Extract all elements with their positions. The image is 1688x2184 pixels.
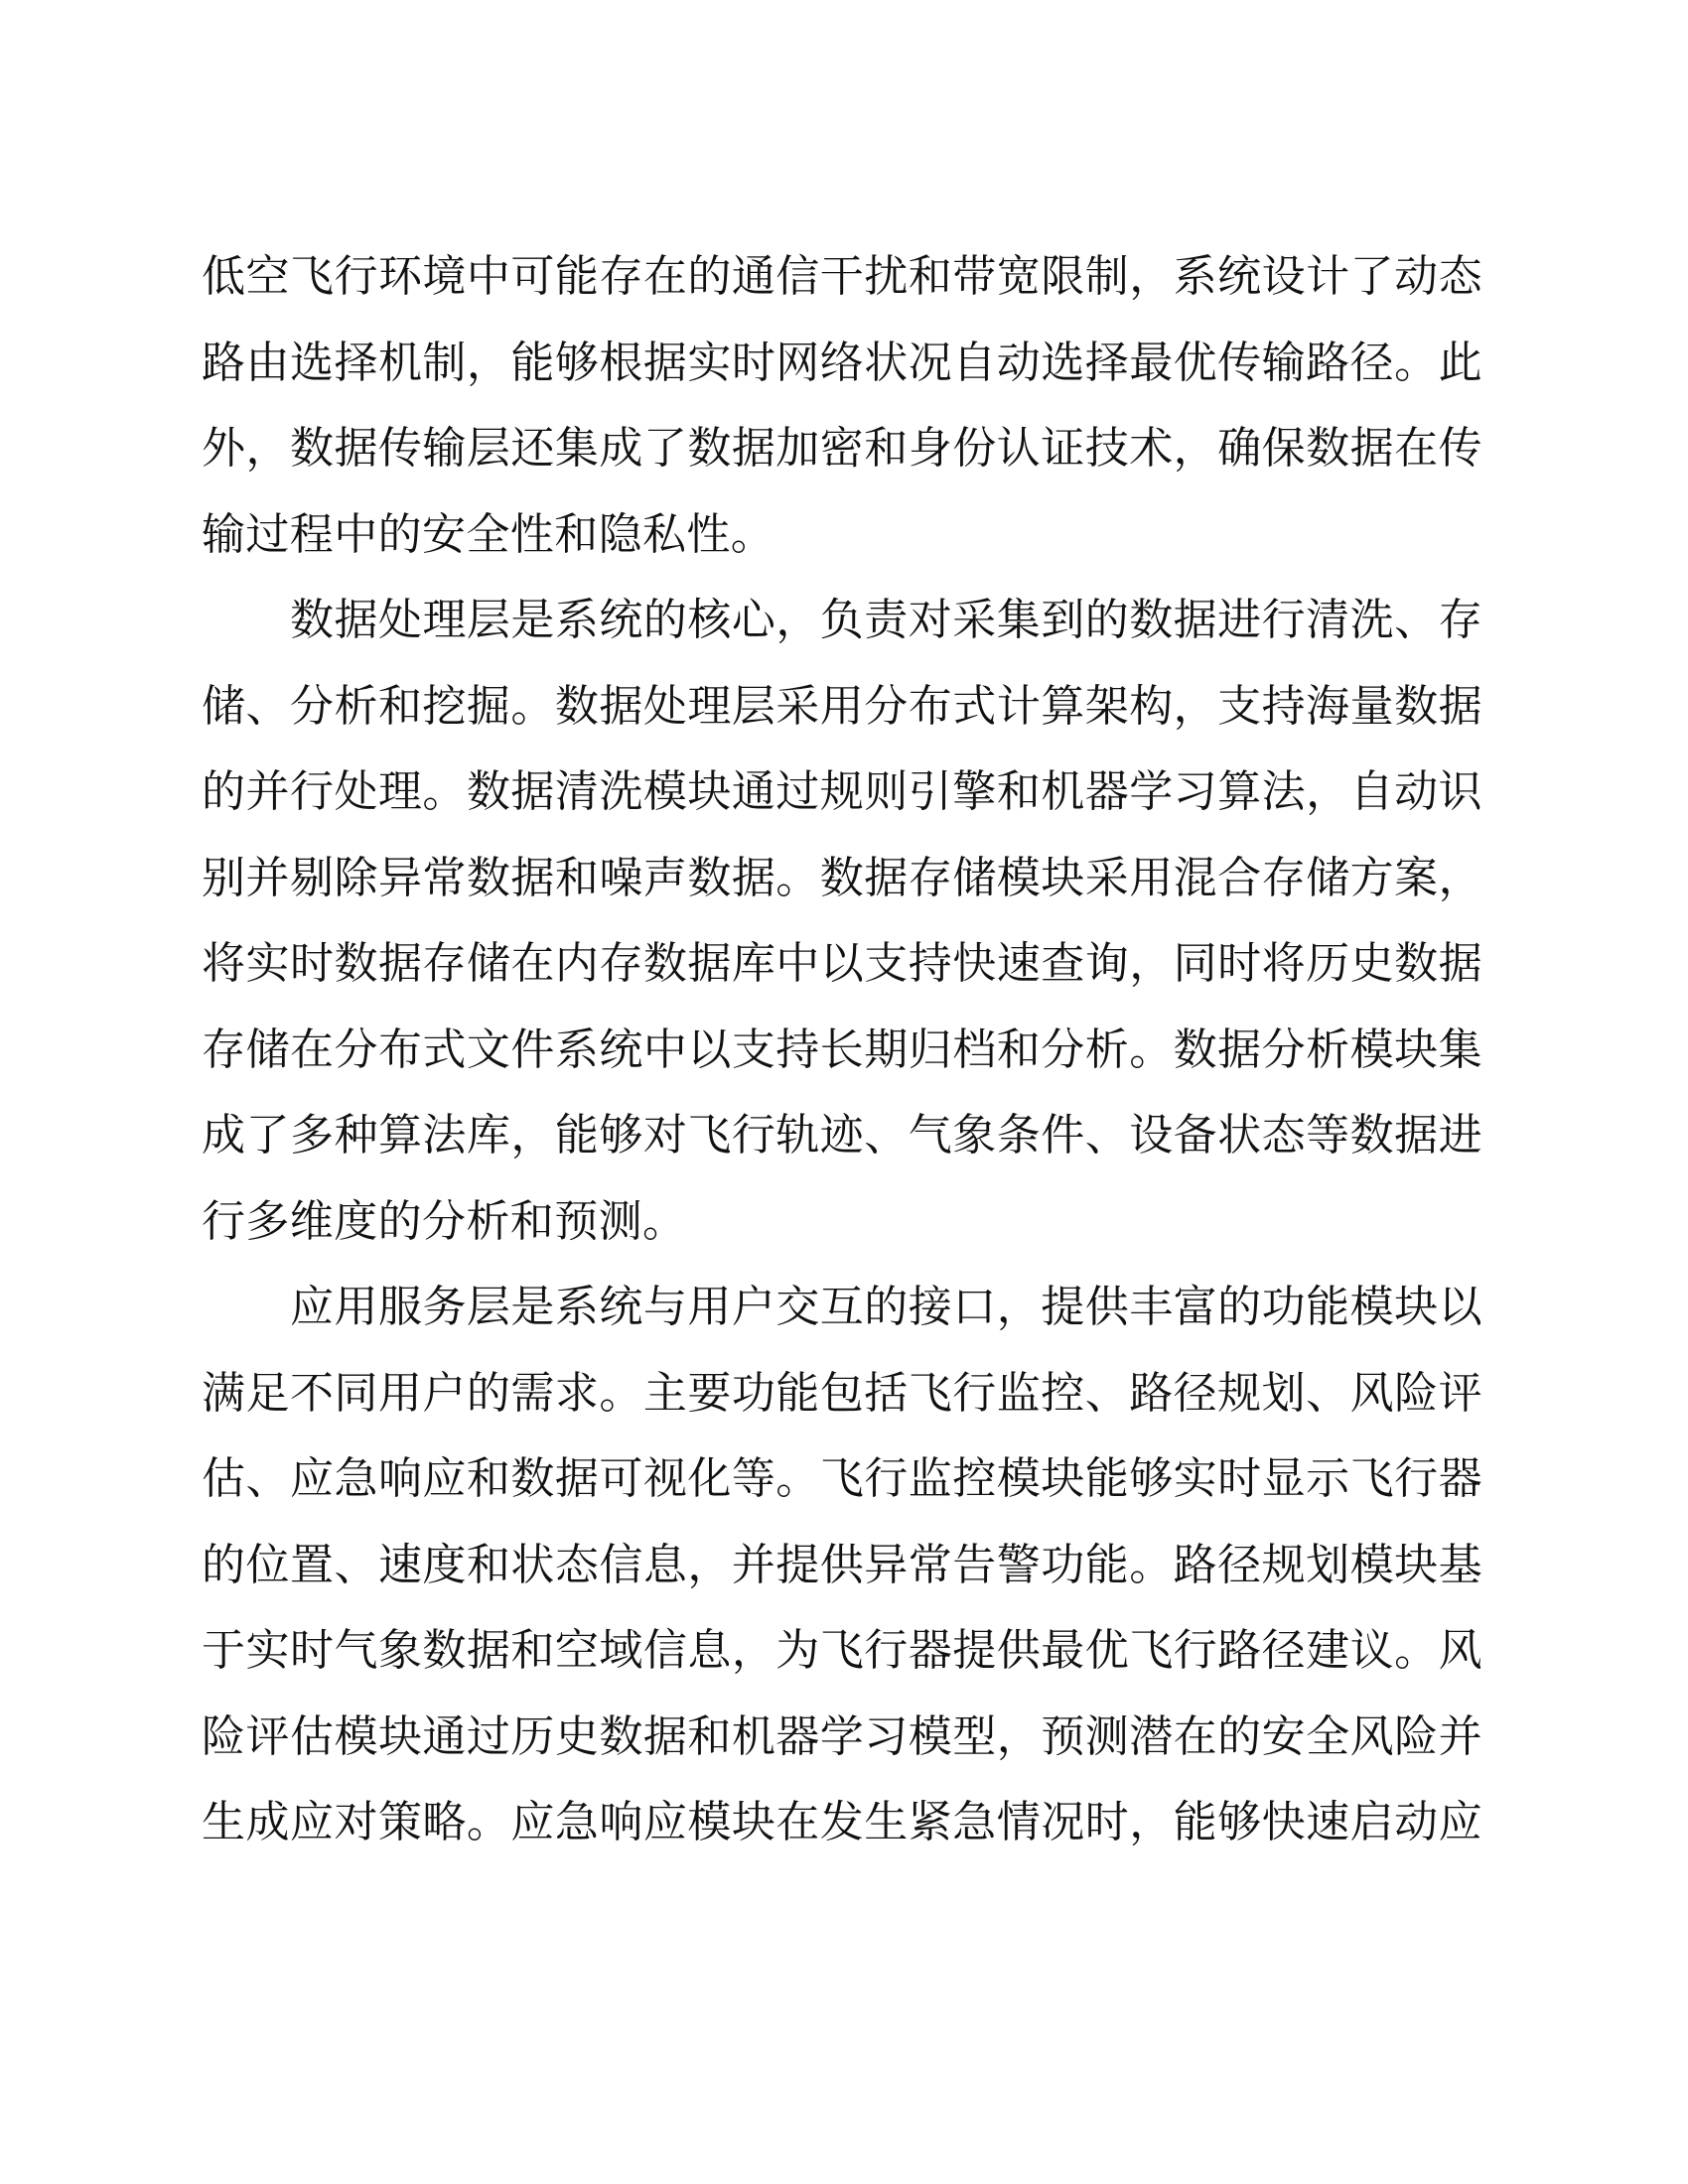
text-line: 存储在分布式文件系统中以支持长期归档和分析。数据分析模块集 [202, 1008, 1482, 1094]
text-line-indented: 应用服务层是系统与用户交互的接口，提供丰富的功能模块以 [202, 1265, 1482, 1351]
text-line-indented: 数据处理层是系统的核心，负责对采集到的数据进行清洗、存 [202, 578, 1482, 664]
text-line: 别并剔除异常数据和噪声数据。数据存储模块采用混合存储方案， [202, 836, 1482, 922]
text-line: 的并行处理。数据清洗模块通过规则引擎和机器学习算法，自动识 [202, 750, 1482, 836]
text-line: 满足不同用户的需求。主要功能包括飞行监控、路径规划、风险评 [202, 1351, 1482, 1437]
text-line: 将实时数据存储在内存数据库中以支持快速查询，同时将历史数据 [202, 921, 1482, 1008]
paragraph-data-transmission-continued: 低空飞行环境中可能存在的通信干扰和带宽限制，系统设计了动态 路由选择机制，能够根… [202, 234, 1482, 578]
paragraph-application-service-layer: 应用服务层是系统与用户交互的接口，提供丰富的功能模块以 满足不同用户的需求。主要… [202, 1265, 1482, 1866]
text-line: 低空飞行环境中可能存在的通信干扰和带宽限制，系统设计了动态 [202, 234, 1482, 321]
text-line: 储、分析和挖掘。数据处理层采用分布式计算架构，支持海量数据 [202, 664, 1482, 751]
text-line: 行多维度的分析和预测。 [202, 1179, 1482, 1266]
text-line: 输过程中的安全性和隐私性。 [202, 492, 1482, 579]
paragraph-data-processing-layer: 数据处理层是系统的核心，负责对采集到的数据进行清洗、存 储、分析和挖掘。数据处理… [202, 578, 1482, 1265]
text-line: 于实时气象数据和空域信息，为飞行器提供最优飞行路径建议。风 [202, 1608, 1482, 1695]
document-page: 低空飞行环境中可能存在的通信干扰和带宽限制，系统设计了动态 路由选择机制，能够根… [202, 234, 1482, 1866]
text-line: 估、应急响应和数据可视化等。飞行监控模块能够实时显示飞行器 [202, 1436, 1482, 1523]
text-line: 外，数据传输层还集成了数据加密和身份认证技术，确保数据在传 [202, 406, 1482, 492]
text-line: 路由选择机制，能够根据实时网络状况自动选择最优传输路径。此 [202, 321, 1482, 407]
text-line: 的位置、速度和状态信息，并提供异常告警功能。路径规划模块基 [202, 1523, 1482, 1609]
text-line: 险评估模块通过历史数据和机器学习模型，预测潜在的安全风险并 [202, 1695, 1482, 1781]
text-line: 成了多种算法库，能够对飞行轨迹、气象条件、设备状态等数据进 [202, 1093, 1482, 1179]
text-line: 生成应对策略。应急响应模块在发生紧急情况时，能够快速启动应 [202, 1780, 1482, 1866]
